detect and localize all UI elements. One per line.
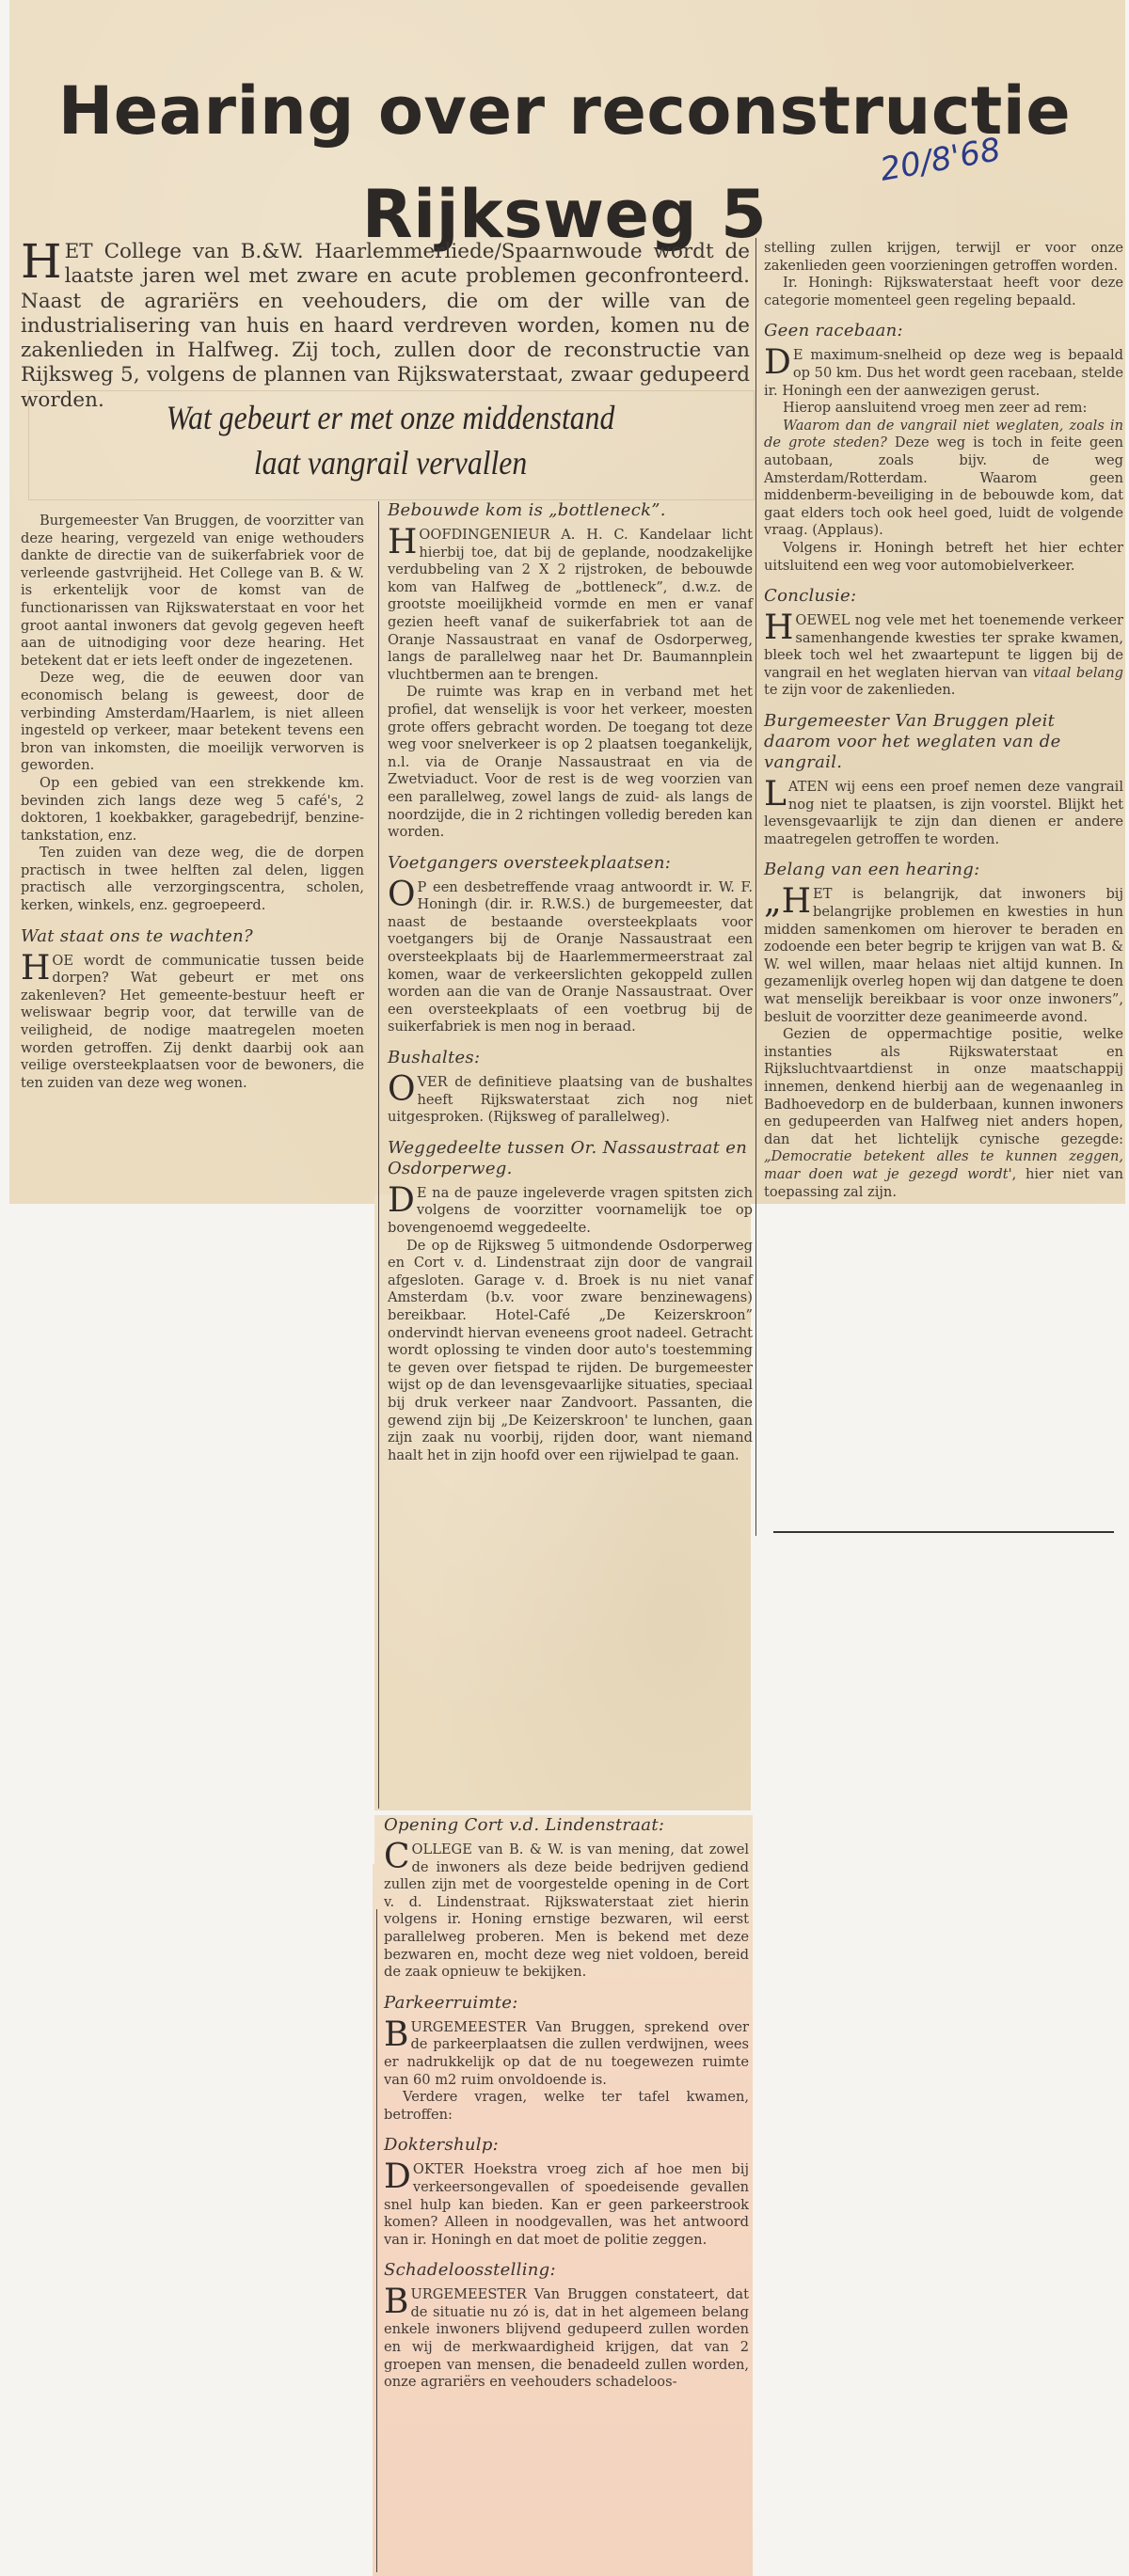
paragraph: Gezien de oppermachtige positie, welke i… — [764, 1026, 1123, 1201]
column-3: stelling zullen krijgen, terwijl er voor… — [764, 240, 1123, 1201]
paragraph: Hierop aansluitend vroeg men zeer ad rem… — [764, 400, 1123, 418]
section-heading: Belang van een hearing: — [764, 860, 1123, 880]
paragraph: DE maximum-snelheid op deze weg is bepaa… — [764, 347, 1123, 400]
section-heading: Geen racebaan: — [764, 321, 1123, 341]
column-2: Bebouwde kom is „bottleneck”. HOOFDINGEN… — [388, 500, 753, 1464]
section-heading: Wat staat ons te wachten? — [21, 926, 364, 947]
paragraph: HOOFDINGENIEUR A. H. C. Kandelaar licht … — [388, 527, 753, 684]
section-heading: Weggedeelte tussen Or. Nassaustraat en O… — [388, 1138, 753, 1179]
paragraph: COLLEGE van B. & W. is van mening, dat z… — [384, 1841, 749, 1982]
dropcap: H — [21, 243, 62, 280]
paragraph: Verdere vragen, welke ter tafel kwamen, … — [384, 2089, 749, 2124]
column-1: Burgemeester Van Bruggen, de voorzitter … — [21, 513, 364, 1092]
section-heading: Conclusie: — [764, 586, 1123, 607]
section-heading: Bushaltes: — [388, 1048, 753, 1068]
paragraph: HOE wordt de communicatie tussen beide d… — [21, 953, 364, 1093]
paragraph: Ir. Honingh: Rijkswaterstaat heeft voor … — [764, 275, 1123, 309]
paragraph: De ruimte was krap en in verband met het… — [388, 684, 753, 841]
paragraph: Volgens ir. Honingh betreft het hier ech… — [764, 540, 1123, 575]
paragraph: Ten zuiden van deze weg, die de dorpen p… — [21, 845, 364, 914]
section-heading: Burgemeester Van Bruggen pleit daarom vo… — [764, 711, 1123, 773]
section-heading: Bebouwde kom is „bottleneck”. — [388, 500, 753, 521]
paragraph: Op een gebied van een strekkende km. bev… — [21, 775, 364, 845]
section-heading: Voetgangers oversteekplaatsen: — [388, 853, 753, 874]
section-heading: Parkeerruimte: — [384, 1993, 749, 2014]
paragraph: HOEWEL nog vele met het toenemende verke… — [764, 612, 1123, 700]
paragraph: Waarom dan de vangrail niet weglaten, zo… — [764, 418, 1123, 540]
blank-area — [0, 1206, 374, 1864]
paragraph: BURGEMEESTER Van Bruggen, sprekend over … — [384, 2019, 749, 2089]
paragraph: BURGEMEESTER Van Bruggen constateert, da… — [384, 2286, 749, 2392]
paragraph: Deze weg, die de eeuwen door van economi… — [21, 670, 364, 775]
column-rule — [378, 501, 379, 1809]
column-rule — [376, 1909, 377, 2572]
paragraph: OVER de definitieve plaatsing van de bus… — [388, 1074, 753, 1127]
paragraph: DE na de pauze ingeleverde vragen spitst… — [388, 1185, 753, 1238]
blank-area — [753, 1535, 1129, 1836]
paragraph: „HET is belangrijk, dat inwoners bij bel… — [764, 886, 1123, 1026]
section-heading: Doktershulp: — [384, 2135, 749, 2156]
column-rule — [755, 238, 756, 1536]
paragraph: LATEN wij eens een proef nemen deze vang… — [764, 779, 1123, 848]
paragraph: Burgemeester Van Bruggen, de voorzitter … — [21, 513, 364, 670]
intro-paragraph: HET College van B.&W. Haarlemmerliede/Sp… — [21, 240, 750, 413]
column-continuation: Opening Cort v.d. Lindenstraat: COLLEGE … — [384, 1815, 749, 2392]
paragraph: DOKTER Hoekstra vroeg zich af hoe men bi… — [384, 2161, 749, 2249]
section-heading: Schadeloosstelling: — [384, 2260, 749, 2281]
paragraph: OP een desbetreffende vraag antwoordt ir… — [388, 879, 753, 1036]
paragraph: stelling zullen krijgen, terwijl er voor… — [764, 240, 1123, 275]
paragraph: De op de Rijksweg 5 uitmondende Osdorper… — [388, 1238, 753, 1465]
section-heading: Opening Cort v.d. Lindenstraat: — [384, 1815, 749, 1836]
end-rule — [773, 1531, 1114, 1533]
subheadline: Wat gebeurt er met onze middenstand laat… — [72, 395, 709, 485]
